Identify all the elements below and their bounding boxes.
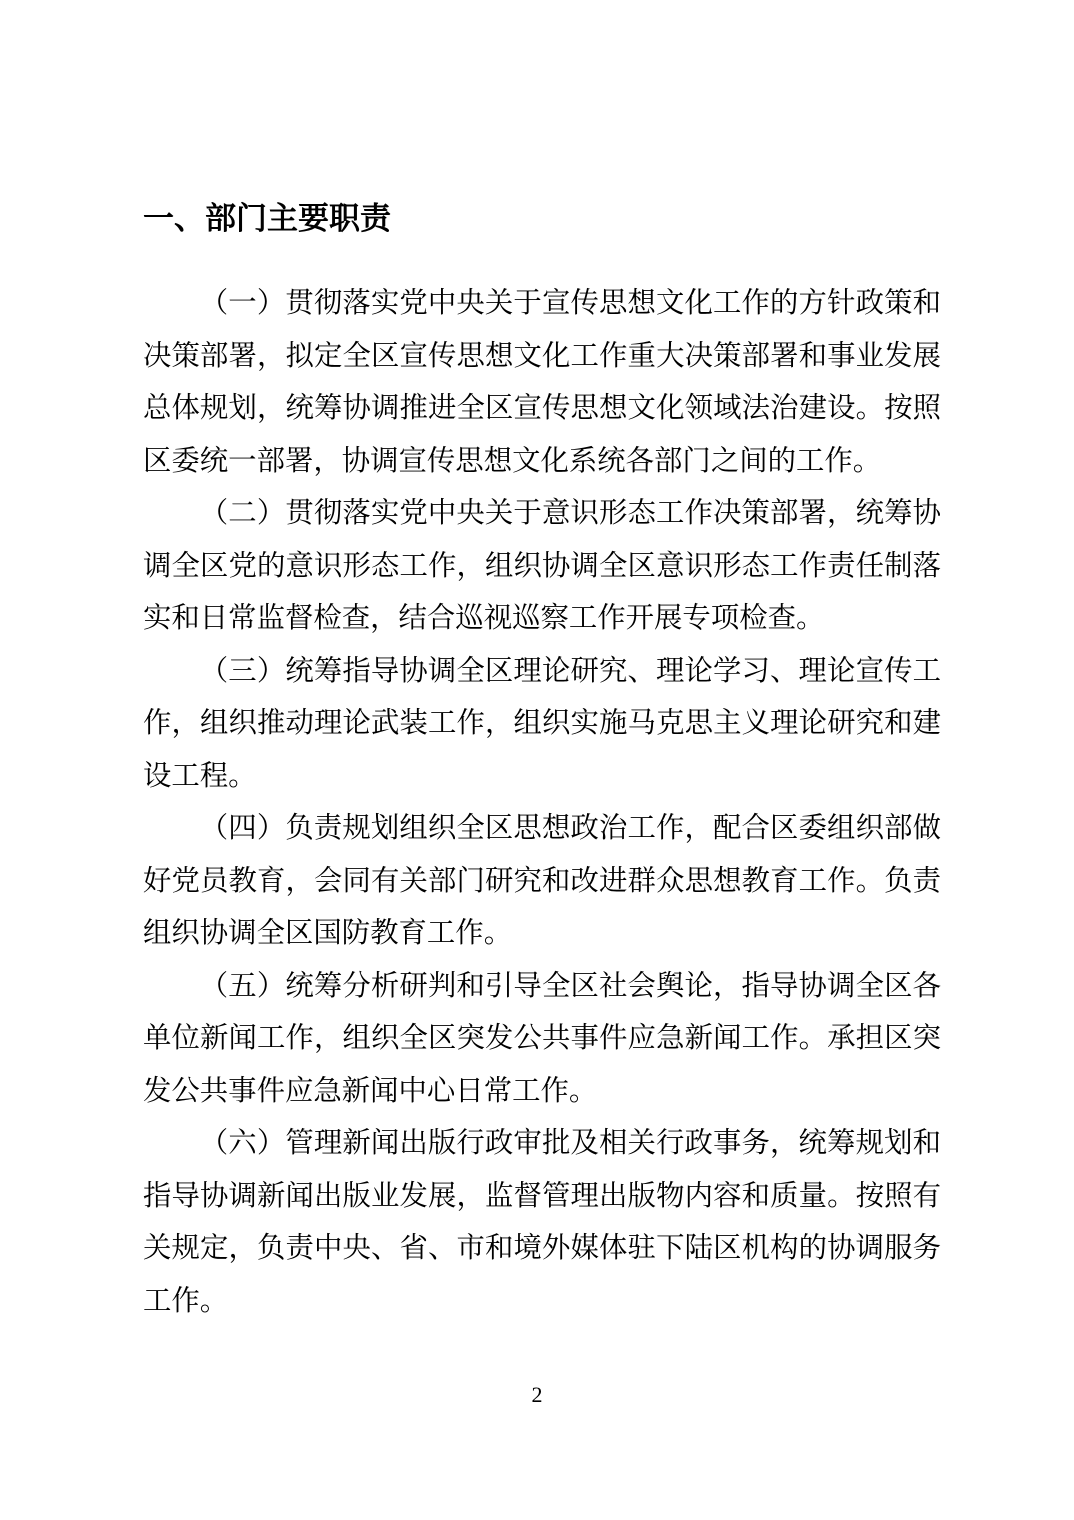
text-line: 发公共事件应急新闻中心日常工作。 [143,1066,941,1119]
text-line: （二）贯彻落实党中央关于意识形态工作决策部署，统筹协 [143,488,941,541]
text-line: （六）管理新闻出版行政审批及相关行政事务，统筹规划和 [143,1118,941,1171]
text-line: 组织协调全区国防教育工作。 [143,908,941,961]
text-line: 好党员教育，会同有关部门研究和改进群众思想教育工作。负责 [143,856,941,909]
text-line: 区委统一部署，协调宣传思想文化系统各部门之间的工作。 [143,436,941,489]
text-line: 作，组织推动理论武装工作，组织实施马克思主义理论研究和建 [143,698,941,751]
text-line: 关规定，负责中央、省、市和境外媒体驻下陆区机构的协调服务 [143,1223,941,1276]
text-line: （一）贯彻落实党中央关于宣传思想文化工作的方针政策和 [143,278,941,331]
text-line: 实和日常监督检查，结合巡视巡察工作开展专项检查。 [143,593,941,646]
text-line: 设工程。 [143,751,941,804]
text-line: 单位新闻工作，组织全区突发公共事件应急新闻工作。承担区突 [143,1013,941,1066]
text-line: （四）负责规划组织全区思想政治工作，配合区委组织部做 [143,803,941,856]
text-line: 调全区党的意识形态工作，组织协调全区意识形态工作责任制落 [143,541,941,594]
text-line: 工作。 [143,1276,941,1329]
document-page: 一、部门主要职责 （一）贯彻落实党中央关于宣传思想文化工作的方针政策和决策部署，… [0,0,1074,1520]
text-line: （三）统筹指导协调全区理论研究、理论学习、理论宣传工 [143,646,941,699]
text-line: 决策部署，拟定全区宣传思想文化工作重大决策部署和事业发展 [143,331,941,384]
text-line: 总体规划，统筹协调推进全区宣传思想文化领域法治建设。按照 [143,383,941,436]
page-number: 2 [0,1382,1074,1408]
text-line: （五）统筹分析研判和引导全区社会舆论，指导协调全区各 [143,961,941,1014]
document-body: （一）贯彻落实党中央关于宣传思想文化工作的方针政策和决策部署，拟定全区宣传思想文… [143,278,941,1328]
section-heading: 一、部门主要职责 [143,201,391,237]
text-line: 指导协调新闻出版业发展，监督管理出版物内容和质量。按照有 [143,1171,941,1224]
